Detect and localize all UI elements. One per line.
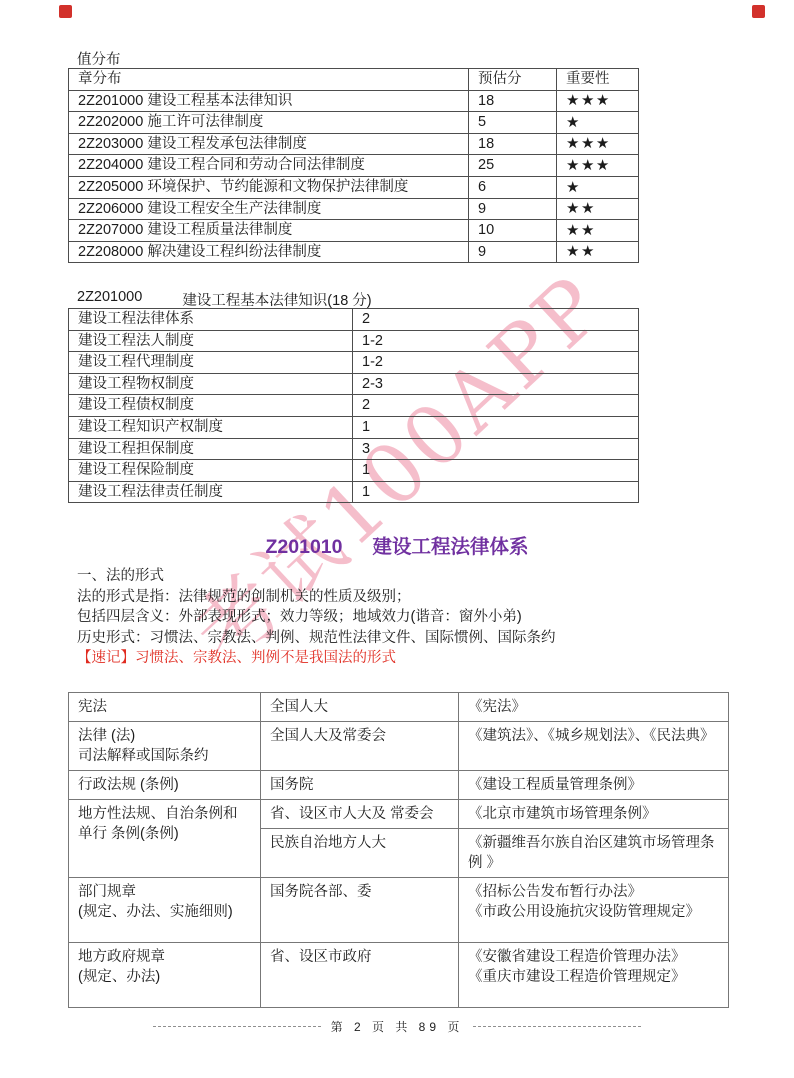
table-row: 建设工程债权制度2 (69, 395, 639, 417)
law-example-cell: 《新疆维吾尔族自治区建筑市场管理条例 》 (459, 829, 729, 878)
law-forms-paragraph: 一、法的形式 法的形式是指：法律规范的创制机关的性质及级别； 包括四层含义：外部… (77, 566, 556, 669)
chapter-name: 建设工程基本法律知识(18 分) (182, 289, 371, 310)
law-type-line: (规定、办法) (78, 967, 251, 987)
table-row: 建设工程担保制度3 (69, 438, 639, 460)
score-cell: 1 (353, 416, 639, 438)
law-example-cell: 《建设工程质量管理条例》 (459, 771, 729, 800)
score-column-header: 预估分 (469, 69, 557, 91)
score-cell: 10 (469, 220, 557, 242)
law-example-line: 《招标公告发布暂行办法》 (468, 882, 719, 902)
red-corner-marker-right (752, 5, 765, 18)
law-type-cell: 宪法 (69, 693, 261, 722)
law-example-cell: 《北京市建筑市场管理条例》 (459, 800, 729, 829)
law-type-cell: 行政法规 (条例) (69, 771, 261, 800)
score-cell: 2 (353, 309, 639, 331)
table-row: 地方政府规章 (规定、办法) 省、设区市政府 《安徽省建设工程造价管理办法》 《… (69, 943, 729, 1008)
law-maker-cell: 省、设区市政府 (261, 943, 459, 1008)
table-row: 建设工程物权制度2-3 (69, 373, 639, 395)
chapter-cell: 2Z205000 环境保护、节约能源和文物保护法律制度 (69, 176, 469, 198)
red-corner-marker-left (59, 5, 72, 18)
chapter-column-header: 章分布 (69, 69, 469, 91)
topic-cell: 建设工程法人制度 (69, 330, 353, 352)
score-cell: 5 (469, 112, 557, 134)
table-row: 地方性法规、自治条例和单行 条例(条例) 省、设区市人大及 常委会 《北京市建筑… (69, 800, 729, 829)
table-row: 2Z208000 解决建设工程纠纷法律制度9★★ (69, 241, 639, 263)
table-row: 法律 (法) 司法解释或国际条约 全国人大及常委会 《建筑法》、《城乡规划法》、… (69, 722, 729, 771)
law-type-line: 法律 (法) (78, 726, 251, 746)
topic-cell: 建设工程债权制度 (69, 395, 353, 417)
law-maker-cell: 国务院各部、委 (261, 878, 459, 943)
law-type-line: 地方政府规章 (78, 947, 251, 967)
stars-cell: ★★★ (557, 90, 639, 112)
mnemonic-tag: 【速记】 (77, 650, 135, 666)
chapter-cell: 2Z201000 建设工程基本法律知识 (69, 90, 469, 112)
score-cell: 18 (469, 90, 557, 112)
paragraph-line: 历史形式：习惯法、宗教法、判例、规范性法律文件、国际惯例、国际条约 (77, 628, 556, 649)
mnemonic-text: 习惯法、宗教法、判例不是我国法的形式 (135, 650, 396, 666)
law-example-cell: 《安徽省建设工程造价管理办法》 《重庆市建设工程造价管理规定》 (459, 943, 729, 1008)
score-cell: 18 (469, 133, 557, 155)
topic-cell: 建设工程保险制度 (69, 460, 353, 482)
score-cell: 25 (469, 155, 557, 177)
score-cell: 9 (469, 198, 557, 220)
section-heading-code: Z201010 (266, 536, 343, 558)
law-type-line: 部门规章 (78, 882, 251, 902)
law-example-cell: 《招标公告发布暂行办法》 《市政公用设施抗灾设防管理规定》 (459, 878, 729, 943)
score-cell: 1-2 (353, 330, 639, 352)
topic-cell: 建设工程代理制度 (69, 352, 353, 374)
stars-cell: ★★★ (557, 155, 639, 177)
table-header-row: 章分布 预估分 重要性 (69, 69, 639, 91)
score-cell: 1-2 (353, 352, 639, 374)
footer-rule-left (153, 1026, 321, 1027)
table-row: 宪法 全国人大 《宪法》 (69, 693, 729, 722)
table-row: 建设工程保险制度1 (69, 460, 639, 482)
page-footer: 第 2 页 共 89 页 (0, 1018, 794, 1035)
paragraph-line: 一、法的形式 (77, 566, 556, 587)
chapter-title: 2Z201000 建设工程基本法律知识(18 分) (77, 289, 372, 310)
law-example-line: 《安徽省建设工程造价管理办法》 (468, 947, 719, 967)
law-maker-cell: 全国人大及常委会 (261, 722, 459, 771)
stars-cell: ★★ (557, 220, 639, 242)
table-row: 2Z203000 建设工程发承包法律制度18★★★ (69, 133, 639, 155)
law-type-cell: 地方性法规、自治条例和单行 条例(条例) (69, 800, 261, 878)
chapter-score-table: 章分布 预估分 重要性 2Z201000 建设工程基本法律知识18★★★ 2Z2… (68, 68, 639, 263)
chapter-cell: 2Z203000 建设工程发承包法律制度 (69, 133, 469, 155)
score-cell: 9 (469, 241, 557, 263)
topic-score-table: 建设工程法律体系2 建设工程法人制度1-2 建设工程代理制度1-2 建设工程物权… (68, 308, 639, 503)
table-row: 2Z202000 施工许可法律制度5★ (69, 112, 639, 134)
topic-cell: 建设工程知识产权制度 (69, 416, 353, 438)
score-cell: 2 (353, 395, 639, 417)
stars-cell: ★★ (557, 241, 639, 263)
table-row: 2Z205000 环境保护、节约能源和文物保护法律制度6★ (69, 176, 639, 198)
document-page: { "watermark": {"text": "考试100APP", "col… (0, 0, 794, 1078)
law-forms-table: 宪法 全国人大 《宪法》 法律 (法) 司法解释或国际条约 全国人大及常委会 《… (68, 692, 729, 1008)
score-distribution-label: 值分布 (77, 48, 121, 69)
law-type-cell: 地方政府规章 (规定、办法) (69, 943, 261, 1008)
law-example-cell: 《建筑法》、《城乡规划法》、《民法典》 (459, 722, 729, 771)
chapter-cell: 2Z208000 解决建设工程纠纷法律制度 (69, 241, 469, 263)
score-cell: 2-3 (353, 373, 639, 395)
score-cell: 1 (353, 460, 639, 482)
mnemonic-note: 【速记】习惯法、宗教法、判例不是我国法的形式 (77, 648, 556, 669)
footer-page-indicator: 第 2 页 共 89 页 (331, 1018, 464, 1035)
table-row: 2Z206000 建设工程安全生产法律制度9★★ (69, 198, 639, 220)
table-row: 建设工程知识产权制度1 (69, 416, 639, 438)
law-example-line: 《重庆市建设工程造价管理规定》 (468, 967, 719, 987)
table-row: 行政法规 (条例) 国务院 《建设工程质量管理条例》 (69, 771, 729, 800)
table-row: 建设工程代理制度1-2 (69, 352, 639, 374)
law-maker-cell: 全国人大 (261, 693, 459, 722)
footer-rule-right (473, 1026, 641, 1027)
section-heading: Z201010建设工程法律体系 (0, 531, 794, 559)
topic-cell: 建设工程担保制度 (69, 438, 353, 460)
section-heading-title: 建设工程法律体系 (372, 536, 528, 558)
law-example-cell: 《宪法》 (459, 693, 729, 722)
chapter-code: 2Z201000 (77, 289, 142, 310)
score-cell: 1 (353, 481, 639, 503)
table-row: 建设工程法人制度1-2 (69, 330, 639, 352)
law-type-line: (规定、办法、实施细则) (78, 902, 251, 922)
law-maker-cell: 省、设区市人大及 常委会 (261, 800, 459, 829)
stars-cell: ★ (557, 176, 639, 198)
table-row: 2Z207000 建设工程质量法律制度10★★ (69, 220, 639, 242)
topic-cell: 建设工程物权制度 (69, 373, 353, 395)
stars-cell: ★ (557, 112, 639, 134)
chapter-cell: 2Z206000 建设工程安全生产法律制度 (69, 198, 469, 220)
table-row: 2Z204000 建设工程合同和劳动合同法律制度25★★★ (69, 155, 639, 177)
table-row: 建设工程法律责任制度1 (69, 481, 639, 503)
law-maker-cell: 民族自治地方人大 (261, 829, 459, 878)
table-row: 2Z201000 建设工程基本法律知识18★★★ (69, 90, 639, 112)
law-type-line: 司法解释或国际条约 (78, 746, 251, 766)
stars-cell: ★★★ (557, 133, 639, 155)
score-cell: 6 (469, 176, 557, 198)
law-type-cell: 法律 (法) 司法解释或国际条约 (69, 722, 261, 771)
stars-cell: ★★ (557, 198, 639, 220)
chapter-cell: 2Z202000 施工许可法律制度 (69, 112, 469, 134)
table-row: 部门规章 (规定、办法、实施细则) 国务院各部、委 《招标公告发布暂行办法》 《… (69, 878, 729, 943)
law-type-cell: 部门规章 (规定、办法、实施细则) (69, 878, 261, 943)
topic-cell: 建设工程法律体系 (69, 309, 353, 331)
importance-column-header: 重要性 (557, 69, 639, 91)
chapter-cell: 2Z204000 建设工程合同和劳动合同法律制度 (69, 155, 469, 177)
law-example-line: 《市政公用设施抗灾设防管理规定》 (468, 902, 719, 922)
topic-cell: 建设工程法律责任制度 (69, 481, 353, 503)
law-maker-cell: 国务院 (261, 771, 459, 800)
paragraph-line: 法的形式是指：法律规范的创制机关的性质及级别； (77, 587, 556, 608)
paragraph-line: 包括四层含义：外部表现形式；效力等级；地域效力(谐音：窗外小弟) (77, 607, 556, 628)
chapter-cell: 2Z207000 建设工程质量法律制度 (69, 220, 469, 242)
score-cell: 3 (353, 438, 639, 460)
table-row: 建设工程法律体系2 (69, 309, 639, 331)
